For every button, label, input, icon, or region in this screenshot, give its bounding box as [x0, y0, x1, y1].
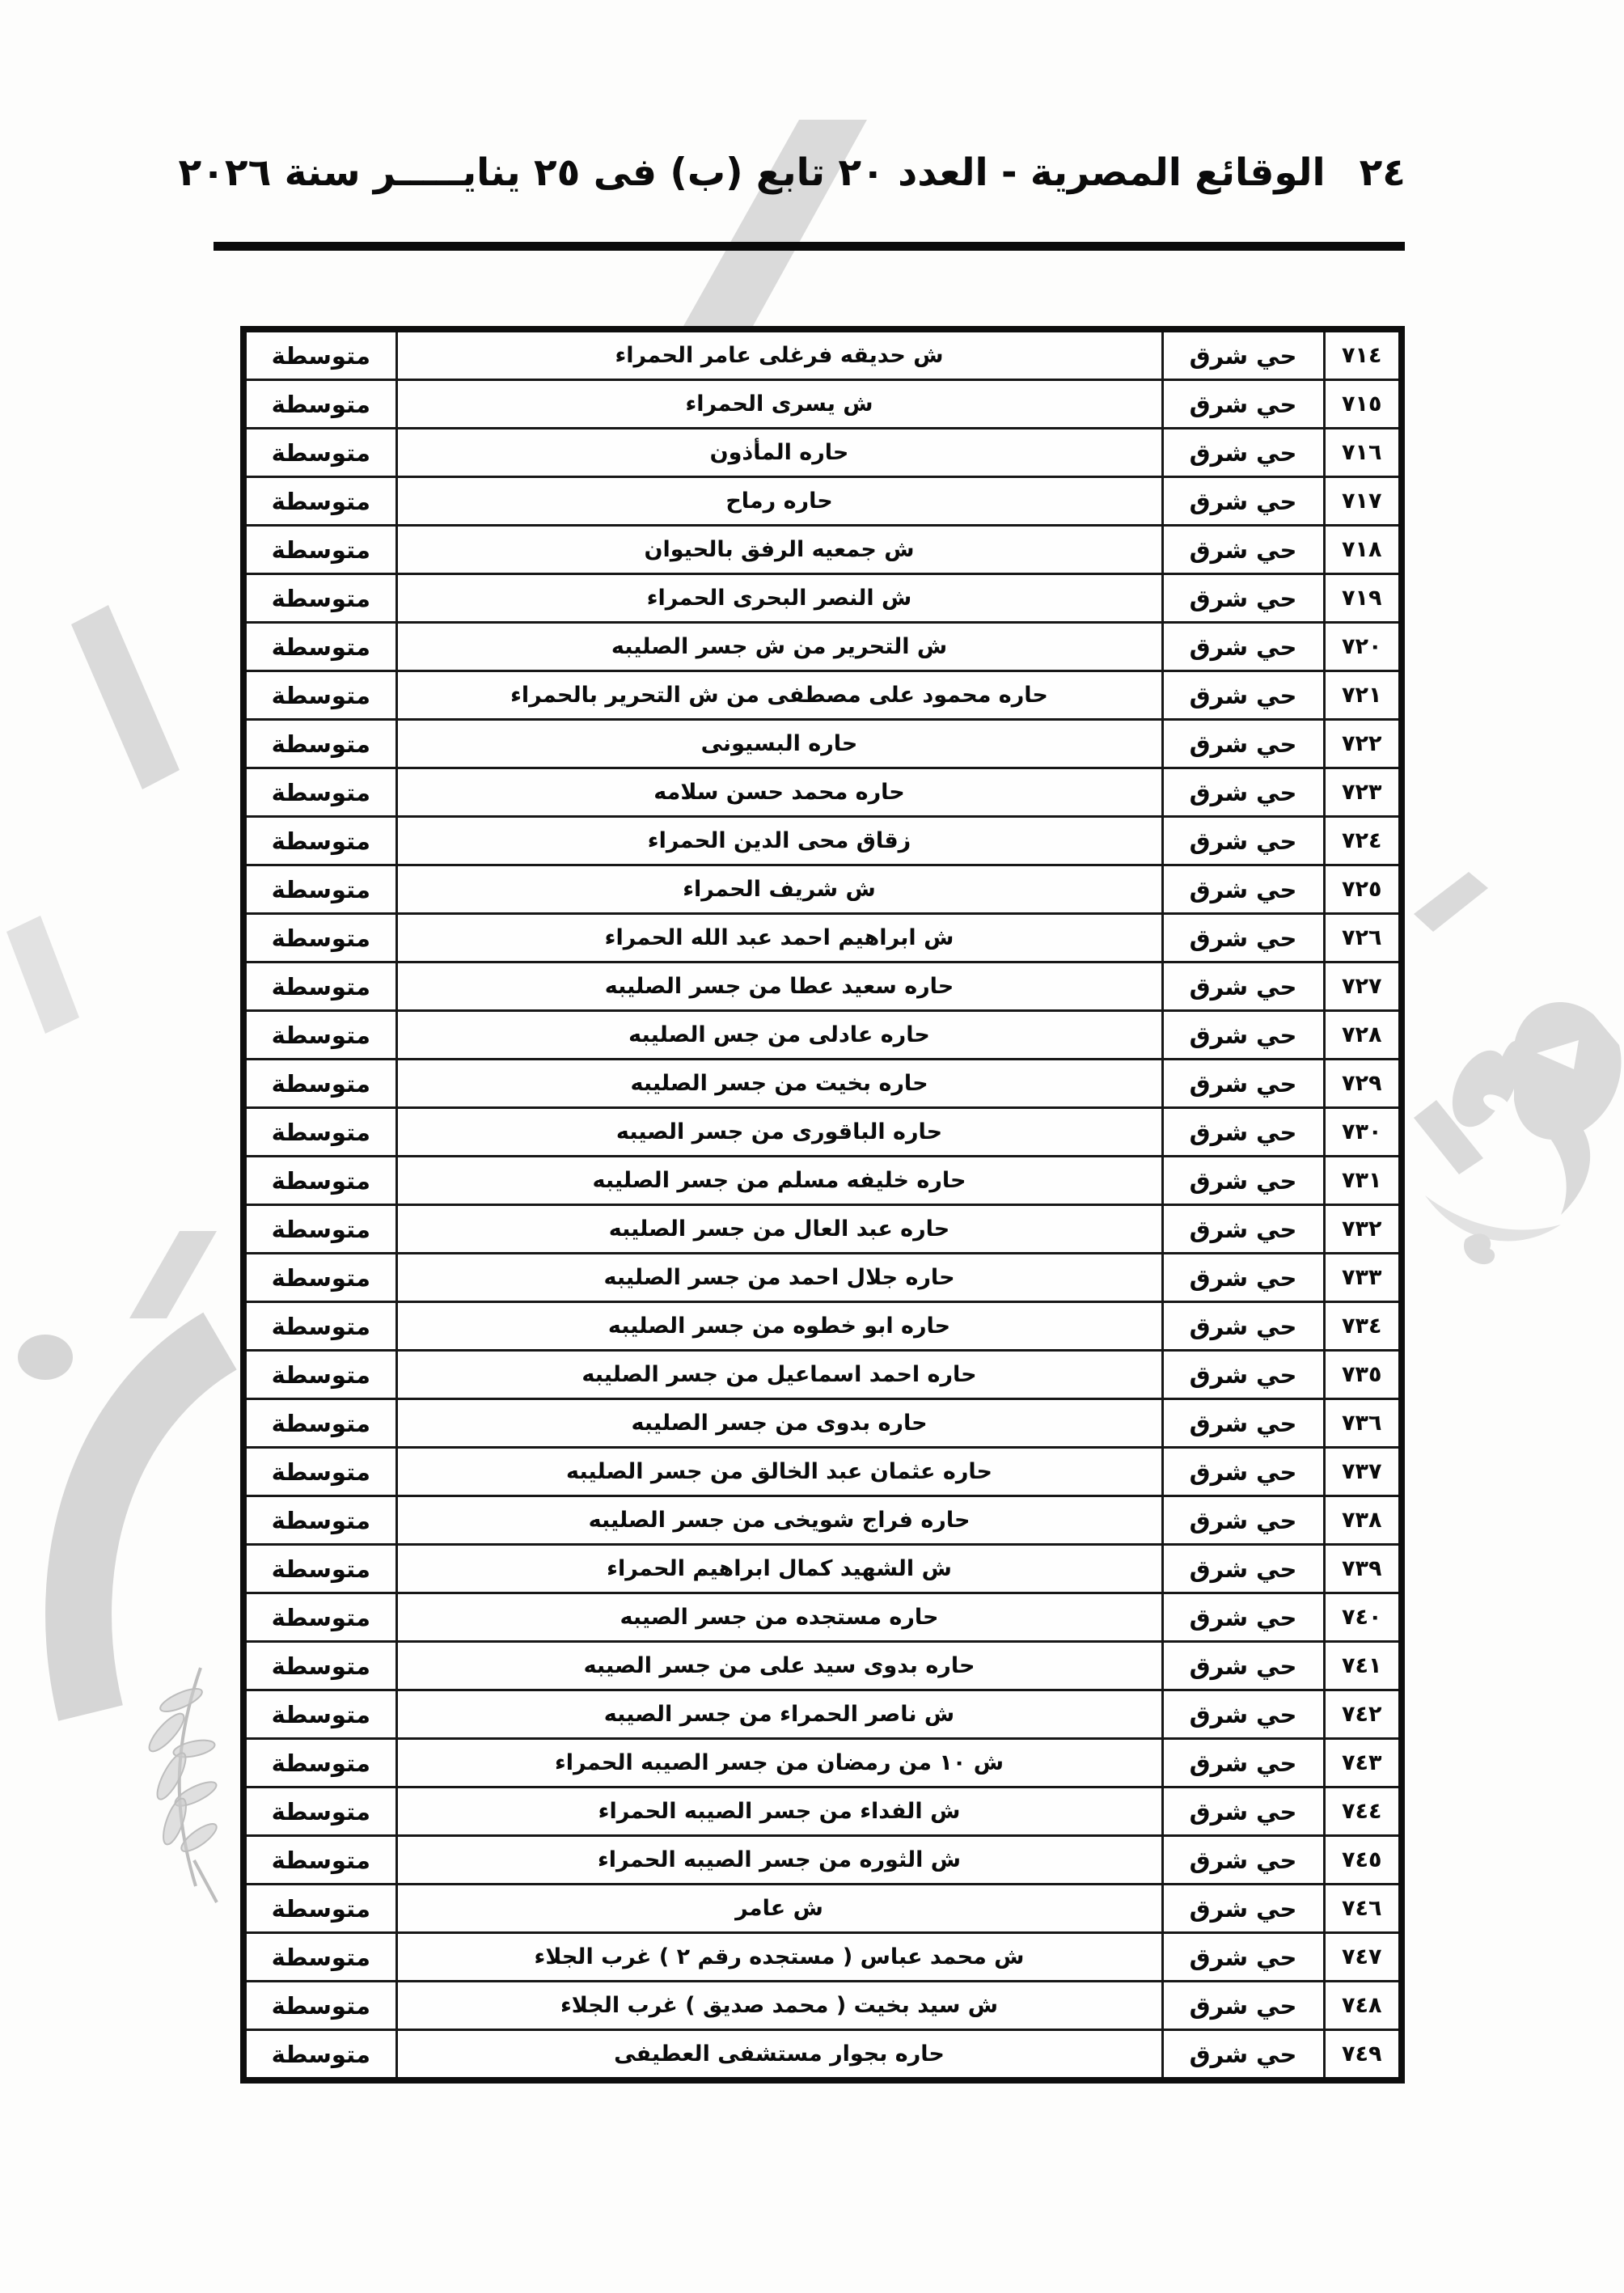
- grade-cell: متوسطة: [243, 574, 396, 623]
- street-name-cell: ش جمعيه الرفق بالحيوان: [396, 526, 1162, 574]
- grade-cell: متوسطة: [243, 526, 396, 574]
- table-row: ٧٤٥ حي شرق ش الثوره من جسر الصيبه الحمرا…: [243, 1836, 1402, 1885]
- grade-cell: متوسطة: [243, 477, 396, 526]
- table-row: ٧١٦ حي شرق حاره المأذون متوسطة: [243, 429, 1402, 477]
- table-row: ٧٣٥ حي شرق حاره احمد اسماعيل من جسر الصل…: [243, 1351, 1402, 1399]
- street-number-cell: ٧٤٣: [1324, 1739, 1402, 1787]
- table-row: ٧٢٣ حي شرق حاره محمد حسن سلامه متوسطة: [243, 768, 1402, 817]
- district-cell: حي شرق: [1162, 1060, 1324, 1108]
- street-name-cell: حاره مستجده من جسر الصيبه: [396, 1593, 1162, 1642]
- grade-cell: متوسطة: [243, 720, 396, 768]
- grade-cell: متوسطة: [243, 623, 396, 671]
- district-cell: حي شرق: [1162, 817, 1324, 865]
- street-name-cell: حاره محمود على مصطفى من ش التحرير بالحمر…: [396, 671, 1162, 720]
- district-cell: حي شرق: [1162, 1982, 1324, 2030]
- grade-cell: متوسطة: [243, 1496, 396, 1545]
- street-number-cell: ٧١٦: [1324, 429, 1402, 477]
- street-number-cell: ٧٤٨: [1324, 1982, 1402, 2030]
- grade-cell: متوسطة: [243, 1205, 396, 1254]
- street-name-cell: ش ابراهيم احمد عبد الله الحمراء: [396, 914, 1162, 962]
- grade-cell: متوسطة: [243, 1690, 396, 1739]
- street-number-cell: ٧٤٩: [1324, 2030, 1402, 2081]
- grade-cell: متوسطة: [243, 1545, 396, 1593]
- table-row: ٧٢٢ حي شرق حاره البسيونى متوسطة: [243, 720, 1402, 768]
- table-row: ٧٢٦ حي شرق ش ابراهيم احمد عبد الله الحمر…: [243, 914, 1402, 962]
- street-number-cell: ٧٣٧: [1324, 1448, 1402, 1496]
- street-name-cell: حاره عادلى من جس الصليبه: [396, 1011, 1162, 1060]
- table-row: ٧١٩ حي شرق ش النصر البحرى الحمراء متوسطة: [243, 574, 1402, 623]
- streets-table: ٧١٤ حي شرق ش حديقه فرغلى عامر الحمراء مت…: [240, 326, 1405, 2084]
- grade-cell: متوسطة: [243, 1739, 396, 1787]
- table-row: ٧٤٧ حي شرق ش محمد عباس ( مستجده رقم ٢ ) …: [243, 1933, 1402, 1982]
- table-row: ٧١٥ حي شرق ش يسرى الحمراء متوسطة: [243, 380, 1402, 429]
- street-name-cell: حاره البسيونى: [396, 720, 1162, 768]
- street-name-cell: ش الثوره من جسر الصيبه الحمراء: [396, 1836, 1162, 1885]
- table-row: ٧٢٨ حي شرق حاره عادلى من جس الصليبه متوس…: [243, 1011, 1402, 1060]
- table-row: ٧١٨ حي شرق ش جمعيه الرفق بالحيوان متوسطة: [243, 526, 1402, 574]
- grade-cell: متوسطة: [243, 1351, 396, 1399]
- street-number-cell: ٧٢٠: [1324, 623, 1402, 671]
- grade-cell: متوسطة: [243, 1157, 396, 1205]
- page-number: ٢٤: [1360, 150, 1406, 195]
- street-name-cell: ش محمد عباس ( مستجده رقم ٢ ) غرب الجلاء: [396, 1933, 1162, 1982]
- district-cell: حي شرق: [1162, 865, 1324, 914]
- street-name-cell: حاره الباقورى من جسر الصيبه: [396, 1108, 1162, 1157]
- watermark-left-marks: [6, 605, 217, 1318]
- street-name-cell: حاره بدوى من جسر الصليبه: [396, 1399, 1162, 1448]
- street-number-cell: ٧١٨: [1324, 526, 1402, 574]
- district-cell: حي شرق: [1162, 1302, 1324, 1351]
- street-number-cell: ٧٣٠: [1324, 1108, 1402, 1157]
- district-cell: حي شرق: [1162, 1011, 1324, 1060]
- street-number-cell: ٧٣٣: [1324, 1254, 1402, 1302]
- grade-cell: متوسطة: [243, 380, 396, 429]
- grade-cell: متوسطة: [243, 1642, 396, 1690]
- street-number-cell: ٧٢٨: [1324, 1011, 1402, 1060]
- header-rule: [214, 242, 1405, 251]
- district-cell: حي شرق: [1162, 671, 1324, 720]
- table-row: ٧٤٨ حي شرق ش سيد بخيت ( محمد صديق ) غرب …: [243, 1982, 1402, 2030]
- district-cell: حي شرق: [1162, 429, 1324, 477]
- district-cell: حي شرق: [1162, 477, 1324, 526]
- district-cell: حي شرق: [1162, 1399, 1324, 1448]
- table-row: ٧٣٨ حي شرق حاره فراج شويخى من جسر الصليب…: [243, 1496, 1402, 1545]
- street-table-body: ٧١٤ حي شرق ش حديقه فرغلى عامر الحمراء مت…: [243, 329, 1402, 2080]
- table-row: ٧٢٤ حي شرق زقاق محى الدين الحمراء متوسطة: [243, 817, 1402, 865]
- street-name-cell: حاره عبد العال من جسر الصليبه: [396, 1205, 1162, 1254]
- grade-cell: متوسطة: [243, 1108, 396, 1157]
- street-name-cell: زقاق محى الدين الحمراء: [396, 817, 1162, 865]
- street-number-cell: ٧٢٩: [1324, 1060, 1402, 1108]
- table-row: ٧٤٢ حي شرق ش ناصر الحمراء من جسر الصيبه …: [243, 1690, 1402, 1739]
- grade-cell: متوسطة: [243, 865, 396, 914]
- street-name-cell: حاره خليفه مسلم من جسر الصليبه: [396, 1157, 1162, 1205]
- table-row: ٧٣٣ حي شرق حاره جلال احمد من جسر الصليبه…: [243, 1254, 1402, 1302]
- district-cell: حي شرق: [1162, 1254, 1324, 1302]
- street-number-cell: ٧٢٥: [1324, 865, 1402, 914]
- grade-cell: متوسطة: [243, 962, 396, 1011]
- table-row: ٧٢٧ حي شرق حاره سعيد عطا من جسر الصليبه …: [243, 962, 1402, 1011]
- district-cell: حي شرق: [1162, 1739, 1324, 1787]
- table-row: ٧١٧ حي شرق حاره رماح متوسطة: [243, 477, 1402, 526]
- street-number-cell: ٧٤٠: [1324, 1593, 1402, 1642]
- district-cell: حي شرق: [1162, 1448, 1324, 1496]
- street-number-cell: ٧٤١: [1324, 1642, 1402, 1690]
- district-cell: حي شرق: [1162, 962, 1324, 1011]
- district-cell: حي شرق: [1162, 1642, 1324, 1690]
- table-row: ٧١٤ حي شرق ش حديقه فرغلى عامر الحمراء مت…: [243, 329, 1402, 380]
- street-name-cell: ش ١٠ من رمضان من جسر الصيبه الحمراء: [396, 1739, 1162, 1787]
- table-row: ٧٤٣ حي شرق ش ١٠ من رمضان من جسر الصيبه ا…: [243, 1739, 1402, 1787]
- grade-cell: متوسطة: [243, 1836, 396, 1885]
- street-number-cell: ٧٤٧: [1324, 1933, 1402, 1982]
- grade-cell: متوسطة: [243, 1933, 396, 1982]
- street-number-cell: ٧٢١: [1324, 671, 1402, 720]
- street-number-cell: ٧١٤: [1324, 329, 1402, 380]
- district-cell: حي شرق: [1162, 1593, 1324, 1642]
- grade-cell: متوسطة: [243, 671, 396, 720]
- table-row: ٧٤١ حي شرق حاره بدوى سيد على من جسر الصي…: [243, 1642, 1402, 1690]
- grade-cell: متوسطة: [243, 2030, 396, 2081]
- street-name-cell: ش يسرى الحمراء: [396, 380, 1162, 429]
- table-row: ٧٢٥ حي شرق ش شريف الحمراء متوسطة: [243, 865, 1402, 914]
- street-name-cell: ش سيد بخيت ( محمد صديق ) غرب الجلاء: [396, 1982, 1162, 2030]
- street-name-cell: حاره احمد اسماعيل من جسر الصليبه: [396, 1351, 1162, 1399]
- street-number-cell: ٧٢٧: [1324, 962, 1402, 1011]
- district-cell: حي شرق: [1162, 1351, 1324, 1399]
- grade-cell: متوسطة: [243, 1885, 396, 1933]
- street-name-cell: ش شريف الحمراء: [396, 865, 1162, 914]
- street-name-cell: ش حديقه فرغلى عامر الحمراء: [396, 329, 1162, 380]
- table-row: ٧٢١ حي شرق حاره محمود على مصطفى من ش الت…: [243, 671, 1402, 720]
- district-cell: حي شرق: [1162, 2030, 1324, 2081]
- street-number-cell: ٧٤٤: [1324, 1787, 1402, 1836]
- street-number-cell: ٧١٥: [1324, 380, 1402, 429]
- grade-cell: متوسطة: [243, 1060, 396, 1108]
- table-row: ٧٢٠ حي شرق ش التحرير من ش جسر الصليبه مت…: [243, 623, 1402, 671]
- street-number-cell: ٧١٧: [1324, 477, 1402, 526]
- district-cell: حي شرق: [1162, 329, 1324, 380]
- street-name-cell: حاره فراج شويخى من جسر الصليبه: [396, 1496, 1162, 1545]
- grade-cell: متوسطة: [243, 1448, 396, 1496]
- street-number-cell: ٧٢٣: [1324, 768, 1402, 817]
- street-name-cell: حاره جلال احمد من جسر الصليبه: [396, 1254, 1162, 1302]
- street-number-cell: ٧٢٤: [1324, 817, 1402, 865]
- gazette-title: الوقائع المصرية - العدد ٢٠ تابع (ب) فى ٢…: [179, 150, 1326, 195]
- table-row: ٧٣١ حي شرق حاره خليفه مسلم من جسر الصليب…: [243, 1157, 1402, 1205]
- street-name-cell: حاره المأذون: [396, 429, 1162, 477]
- grade-cell: متوسطة: [243, 1982, 396, 2030]
- grade-cell: متوسطة: [243, 817, 396, 865]
- grade-cell: متوسطة: [243, 768, 396, 817]
- street-name-cell: ش الشهيد كمال ابراهيم الحمراء: [396, 1545, 1162, 1593]
- street-number-cell: ٧١٩: [1324, 574, 1402, 623]
- district-cell: حي شرق: [1162, 1545, 1324, 1593]
- street-number-cell: ٧٤٢: [1324, 1690, 1402, 1739]
- street-name-cell: حاره سعيد عطا من جسر الصليبه: [396, 962, 1162, 1011]
- district-cell: حي شرق: [1162, 1690, 1324, 1739]
- street-name-cell: ش النصر البحرى الحمراء: [396, 574, 1162, 623]
- grade-cell: متوسطة: [243, 1787, 396, 1836]
- grade-cell: متوسطة: [243, 1011, 396, 1060]
- grade-cell: متوسطة: [243, 914, 396, 962]
- district-cell: حي شرق: [1162, 1205, 1324, 1254]
- table-row: ٧٣٧ حي شرق حاره عثمان عبد الخالق من جسر …: [243, 1448, 1402, 1496]
- street-number-cell: ٧٣٤: [1324, 1302, 1402, 1351]
- watermark-emblem-arc: [18, 1335, 220, 1713]
- gazette-scanned-page: { "page": { "ink_color": "#0b0b0b", "bor…: [0, 0, 1624, 2293]
- district-cell: حي شرق: [1162, 574, 1324, 623]
- table-row: ٧٣٢ حي شرق حاره عبد العال من جسر الصليبه…: [243, 1205, 1402, 1254]
- street-number-cell: ٧٤٦: [1324, 1885, 1402, 1933]
- street-number-cell: ٧٣٥: [1324, 1351, 1402, 1399]
- street-name-cell: ش التحرير من ش جسر الصليبه: [396, 623, 1162, 671]
- watermark-calligraphy: [1414, 872, 1622, 1264]
- district-cell: حي شرق: [1162, 1108, 1324, 1157]
- street-name-cell: حاره محمد حسن سلامه: [396, 768, 1162, 817]
- street-name-cell: ش ناصر الحمراء من جسر الصيبه: [396, 1690, 1162, 1739]
- grade-cell: متوسطة: [243, 1593, 396, 1642]
- district-cell: حي شرق: [1162, 1787, 1324, 1836]
- table-row: ٧٣٠ حي شرق حاره الباقورى من جسر الصيبه م…: [243, 1108, 1402, 1157]
- street-name-cell: حاره بخيت من جسر الصليبه: [396, 1060, 1162, 1108]
- street-name-cell: ش عامر: [396, 1885, 1162, 1933]
- street-number-cell: ٧٣٩: [1324, 1545, 1402, 1593]
- watermark-laurel: [144, 1668, 220, 1902]
- page-header: ٢٤الوقائع المصرية - العدد ٢٠ تابع (ب) فى…: [218, 150, 1406, 195]
- grade-cell: متوسطة: [243, 329, 396, 380]
- street-name-cell: حاره بدوى سيد على من جسر الصيبه: [396, 1642, 1162, 1690]
- district-cell: حي شرق: [1162, 720, 1324, 768]
- table-row: ٧٤٩ حي شرق حاره بجوار مستشفى العطيفى متو…: [243, 2030, 1402, 2081]
- grade-cell: متوسطة: [243, 1399, 396, 1448]
- street-name-cell: حاره بجوار مستشفى العطيفى: [396, 2030, 1162, 2081]
- table-row: ٧٣٦ حي شرق حاره بدوى من جسر الصليبه متوس…: [243, 1399, 1402, 1448]
- district-cell: حي شرق: [1162, 768, 1324, 817]
- street-name-cell: حاره رماح: [396, 477, 1162, 526]
- district-cell: حي شرق: [1162, 1157, 1324, 1205]
- table-row: ٧٤٤ حي شرق ش الفداء من جسر الصيبه الحمرا…: [243, 1787, 1402, 1836]
- street-name-cell: حاره ابو خطوه من جسر الصليبه: [396, 1302, 1162, 1351]
- district-cell: حي شرق: [1162, 1496, 1324, 1545]
- street-number-cell: ٧٢٦: [1324, 914, 1402, 962]
- street-number-cell: ٧٢٢: [1324, 720, 1402, 768]
- street-name-cell: حاره عثمان عبد الخالق من جسر الصليبه: [396, 1448, 1162, 1496]
- street-number-cell: ٧٣٨: [1324, 1496, 1402, 1545]
- grade-cell: متوسطة: [243, 1302, 396, 1351]
- table-row: ٧٤٦ حي شرق ش عامر متوسطة: [243, 1885, 1402, 1933]
- district-cell: حي شرق: [1162, 526, 1324, 574]
- street-name-cell: ش الفداء من جسر الصيبه الحمراء: [396, 1787, 1162, 1836]
- table-row: ٧٢٩ حي شرق حاره بخيت من جسر الصليبه متوس…: [243, 1060, 1402, 1108]
- table-row: ٧٣٤ حي شرق حاره ابو خطوه من جسر الصليبه …: [243, 1302, 1402, 1351]
- grade-cell: متوسطة: [243, 1254, 396, 1302]
- district-cell: حي شرق: [1162, 1933, 1324, 1982]
- street-number-cell: ٧٣١: [1324, 1157, 1402, 1205]
- street-number-cell: ٧٣٢: [1324, 1205, 1402, 1254]
- district-cell: حي شرق: [1162, 623, 1324, 671]
- district-cell: حي شرق: [1162, 1885, 1324, 1933]
- district-cell: حي شرق: [1162, 914, 1324, 962]
- table-row: ٧٣٩ حي شرق ش الشهيد كمال ابراهيم الحمراء…: [243, 1545, 1402, 1593]
- table-row: ٧٤٠ حي شرق حاره مستجده من جسر الصيبه متو…: [243, 1593, 1402, 1642]
- grade-cell: متوسطة: [243, 429, 396, 477]
- street-number-cell: ٧٣٦: [1324, 1399, 1402, 1448]
- street-number-cell: ٧٤٥: [1324, 1836, 1402, 1885]
- district-cell: حي شرق: [1162, 380, 1324, 429]
- district-cell: حي شرق: [1162, 1836, 1324, 1885]
